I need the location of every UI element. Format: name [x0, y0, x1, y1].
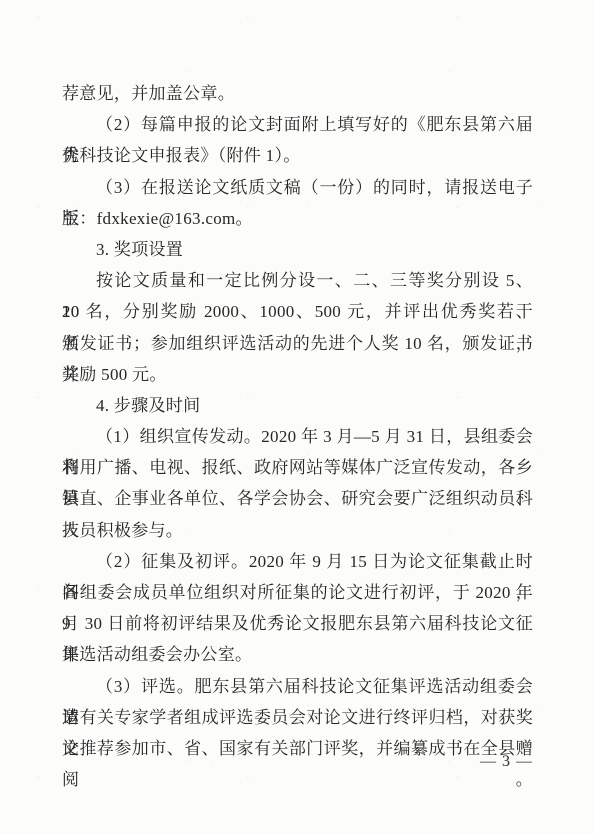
text-line: （1）组织宣传发动。2020 年 3 月—5 月 31 日，县组委会将 — [62, 421, 533, 452]
document-body-text: 荐意见，并加盖公章。 （2）每篇申报的论文封面附上填写好的《肥东县第六届优 秀科… — [62, 78, 533, 764]
section-heading: 3. 奖项设置 — [62, 234, 533, 265]
text-line: 颁发证书；参加组织评选活动的先进个人奖 10 名，颁发证书并 — [62, 328, 533, 359]
text-line: 荐意见，并加盖公章。 — [62, 78, 533, 109]
text-line: （2）每篇申报的论文封面附上填写好的《肥东县第六届优 — [62, 109, 533, 140]
text-line: 奖励 500 元。 — [62, 359, 533, 390]
text-line: 利用广播、电视、报纸、政府网站等媒体广泛宣传发动，各乡镇、 — [62, 452, 533, 483]
text-line: 请有关专家学者组成评选委员会对论文进行终评归档，对获奖论 — [62, 702, 533, 733]
text-line: （2）征集及初评。2020 年 9 月 15 日为论文征集截止时间， — [62, 546, 533, 577]
text-line: 县直、企事业各单位、各学会协会、研究会要广泛组织动员科技 — [62, 483, 533, 514]
text-line: 人员积极参与。 — [62, 515, 533, 546]
text-line: 文推荐参加市、省、国家有关部门评奖，并编纂成书在全县赠阅。 — [62, 733, 533, 764]
section-heading: 4. 步骤及时间 — [62, 390, 533, 421]
scanned-document-page: 荐意见，并加盖公章。 （2）每篇申报的论文封面附上填写好的《肥东县第六届优 秀科… — [0, 0, 594, 834]
text-line: （3）在报送论文纸质文稿（一份）的同时，请报送电子版 — [62, 172, 533, 203]
page-number: — 3 — — [480, 750, 533, 774]
text-line: （3）评选。肥东县第六届科技论文征集评选活动组委会邀 — [62, 671, 533, 702]
text-line: 至：fdxkexie@163.com。 — [62, 203, 533, 234]
text-line: 评选活动组委会办公室。 — [62, 639, 533, 670]
text-line: 秀科技论文申报表》（附件 1）。 — [62, 140, 533, 171]
text-line: 按论文质量和一定比例分设一、二、三等奖分别设 5、10、 — [62, 265, 533, 296]
text-line: 月 30 日前将初评结果及优秀论文报肥东县第六届科技论文征集 — [62, 608, 533, 639]
text-line: 20 名，分别奖励 2000、1000、500 元，并评出优秀奖若干名， — [62, 296, 533, 327]
text-line: 各组委会成员单位组织对所征集的论文进行初评，于 2020 年 9 — [62, 577, 533, 608]
